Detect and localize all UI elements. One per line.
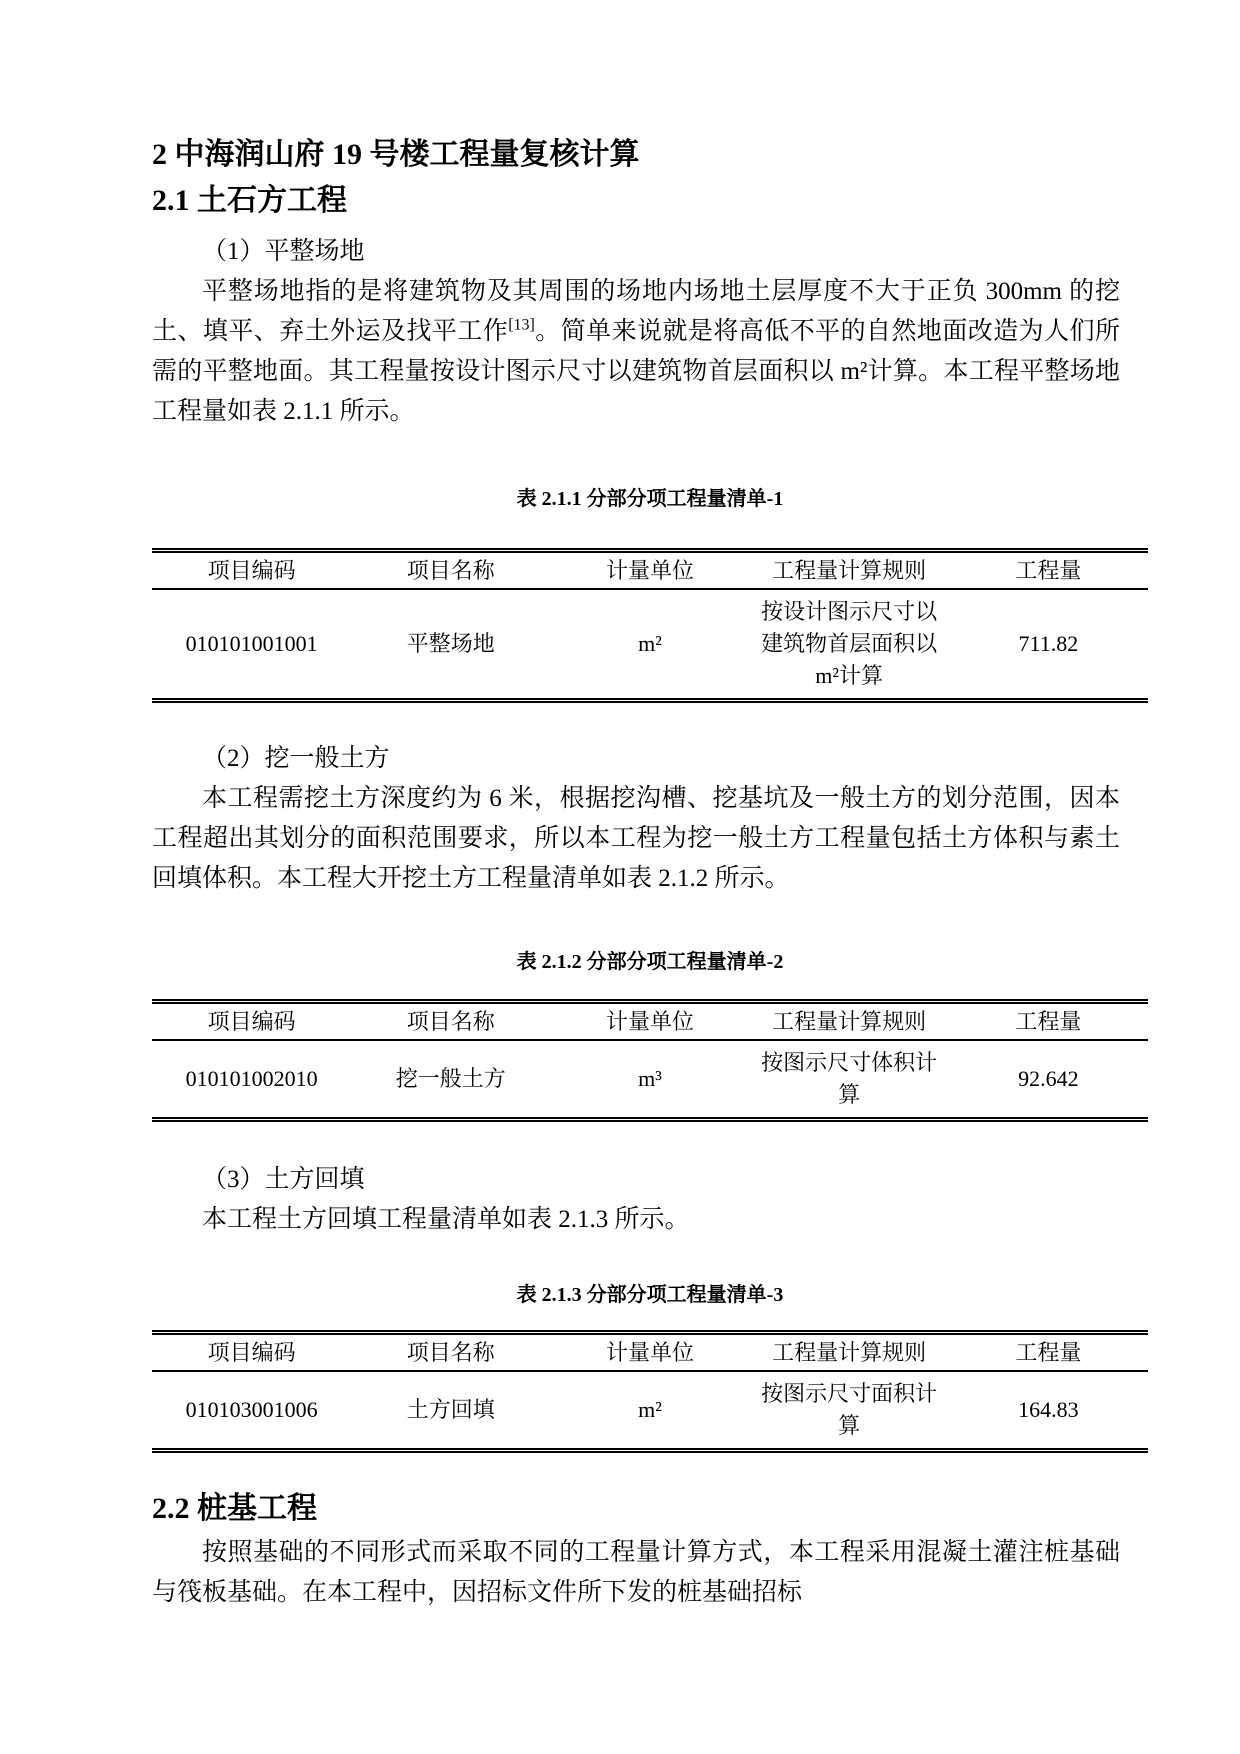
table-cell-item-code: 010103001006 [152,1371,351,1451]
item-label-site-leveling: （1）平整场地 [202,232,1148,272]
table-header-cell: 工程量 [949,1333,1148,1372]
table-cell-item-name: 平整场地 [351,589,550,701]
table-cell-item-code: 010101001001 [152,589,351,701]
table-header-cell: 项目名称 [351,1002,550,1041]
table-cell-rule: 按图示尺寸体积计算 [750,1040,949,1120]
table-cell-unit: m² [550,589,749,701]
table-cell-item-name: 土方回填 [351,1371,550,1451]
item-label-general-excavation: （2）挖一般土方 [202,739,1148,779]
table-header-cell: 项目名称 [351,1333,550,1372]
table-header-row: 项目编码 项目名称 计量单位 工程量计算规则 工程量 [152,551,1148,590]
section-heading-pile-foundation: 2.2 桩基工程 [152,1485,1148,1533]
table-cell-item-name: 挖一般土方 [351,1040,550,1120]
table-row: 010101002010 挖一般土方 m³ 按图示尺寸体积计算 92.642 [152,1040,1148,1120]
table-caption-2: 表 2.1.2 分部分项工程量清单-2 [152,947,1148,977]
table-row: 010103001006 土方回填 m² 按图示尺寸面积计算 164.83 [152,1371,1148,1451]
chapter-heading: 2 中海润山府 19 号楼工程量复核计算 [152,132,1148,178]
table-header-cell: 项目编码 [152,1333,351,1372]
table-header-cell: 工程量 [949,551,1148,590]
table-header-row: 项目编码 项目名称 计量单位 工程量计算规则 工程量 [152,1002,1148,1041]
paragraph-pile-foundation: 按照基础的不同形式而采取不同的工程量计算方式，本工程采用混凝土灌注桩基础与筏板基… [152,1533,1120,1613]
table-cell-quantity: 92.642 [949,1040,1148,1120]
table-header-cell: 项目编码 [152,551,351,590]
item-label-backfill: （3）土方回填 [202,1160,1148,1200]
table-header-cell: 项目编码 [152,1002,351,1041]
quantity-table-2: 项目编码 项目名称 计量单位 工程量计算规则 工程量 010101002010 … [152,999,1148,1122]
quantity-table-3: 项目编码 项目名称 计量单位 工程量计算规则 工程量 010103001006 … [152,1330,1148,1453]
table-row: 010101001001 平整场地 m² 按设计图示尺寸以建筑物首层面积以 m²… [152,589,1148,701]
quantity-table-1: 项目编码 项目名称 计量单位 工程量计算规则 工程量 010101001001 … [152,548,1148,703]
table-header-cell: 工程量计算规则 [750,1002,949,1041]
table-cell-rule: 按设计图示尺寸以建筑物首层面积以 m²计算 [750,589,949,701]
table-header-row: 项目编码 项目名称 计量单位 工程量计算规则 工程量 [152,1333,1148,1372]
table-cell-quantity: 164.83 [949,1371,1148,1451]
table-header-cell: 项目名称 [351,551,550,590]
paragraph-backfill: 本工程土方回填工程量清单如表 2.1.3 所示。 [152,1200,1120,1240]
document-page: 2 中海润山府 19 号楼工程量复核计算 2.1 土石方工程 （1）平整场地 平… [0,0,1240,1754]
table-caption-3: 表 2.1.3 分部分项工程量清单-3 [152,1280,1148,1310]
table-cell-unit: m² [550,1371,749,1451]
table-header-cell: 计量单位 [550,1002,749,1041]
paragraph-site-leveling: 平整场地指的是将建筑物及其周围的场地内场地土层厚度不大于正负 300mm 的挖土… [152,272,1120,432]
table-cell-item-code: 010101002010 [152,1040,351,1120]
table-header-cell: 工程量 [949,1002,1148,1041]
table-header-cell: 工程量计算规则 [750,551,949,590]
paragraph-general-excavation: 本工程需挖土方深度约为 6 米，根据挖沟槽、挖基坑及一般土方的划分范围，因本工程… [152,779,1120,899]
table-cell-rule: 按图示尺寸面积计算 [750,1371,949,1451]
table-header-cell: 计量单位 [550,551,749,590]
citation-ref: [13] [508,317,535,334]
table-caption-1: 表 2.1.1 分部分项工程量清单-1 [152,484,1148,514]
section-heading-earthwork: 2.1 土石方工程 [152,178,1148,224]
table-cell-unit: m³ [550,1040,749,1120]
table-cell-quantity: 711.82 [949,589,1148,701]
table-header-cell: 工程量计算规则 [750,1333,949,1372]
table-header-cell: 计量单位 [550,1333,749,1372]
